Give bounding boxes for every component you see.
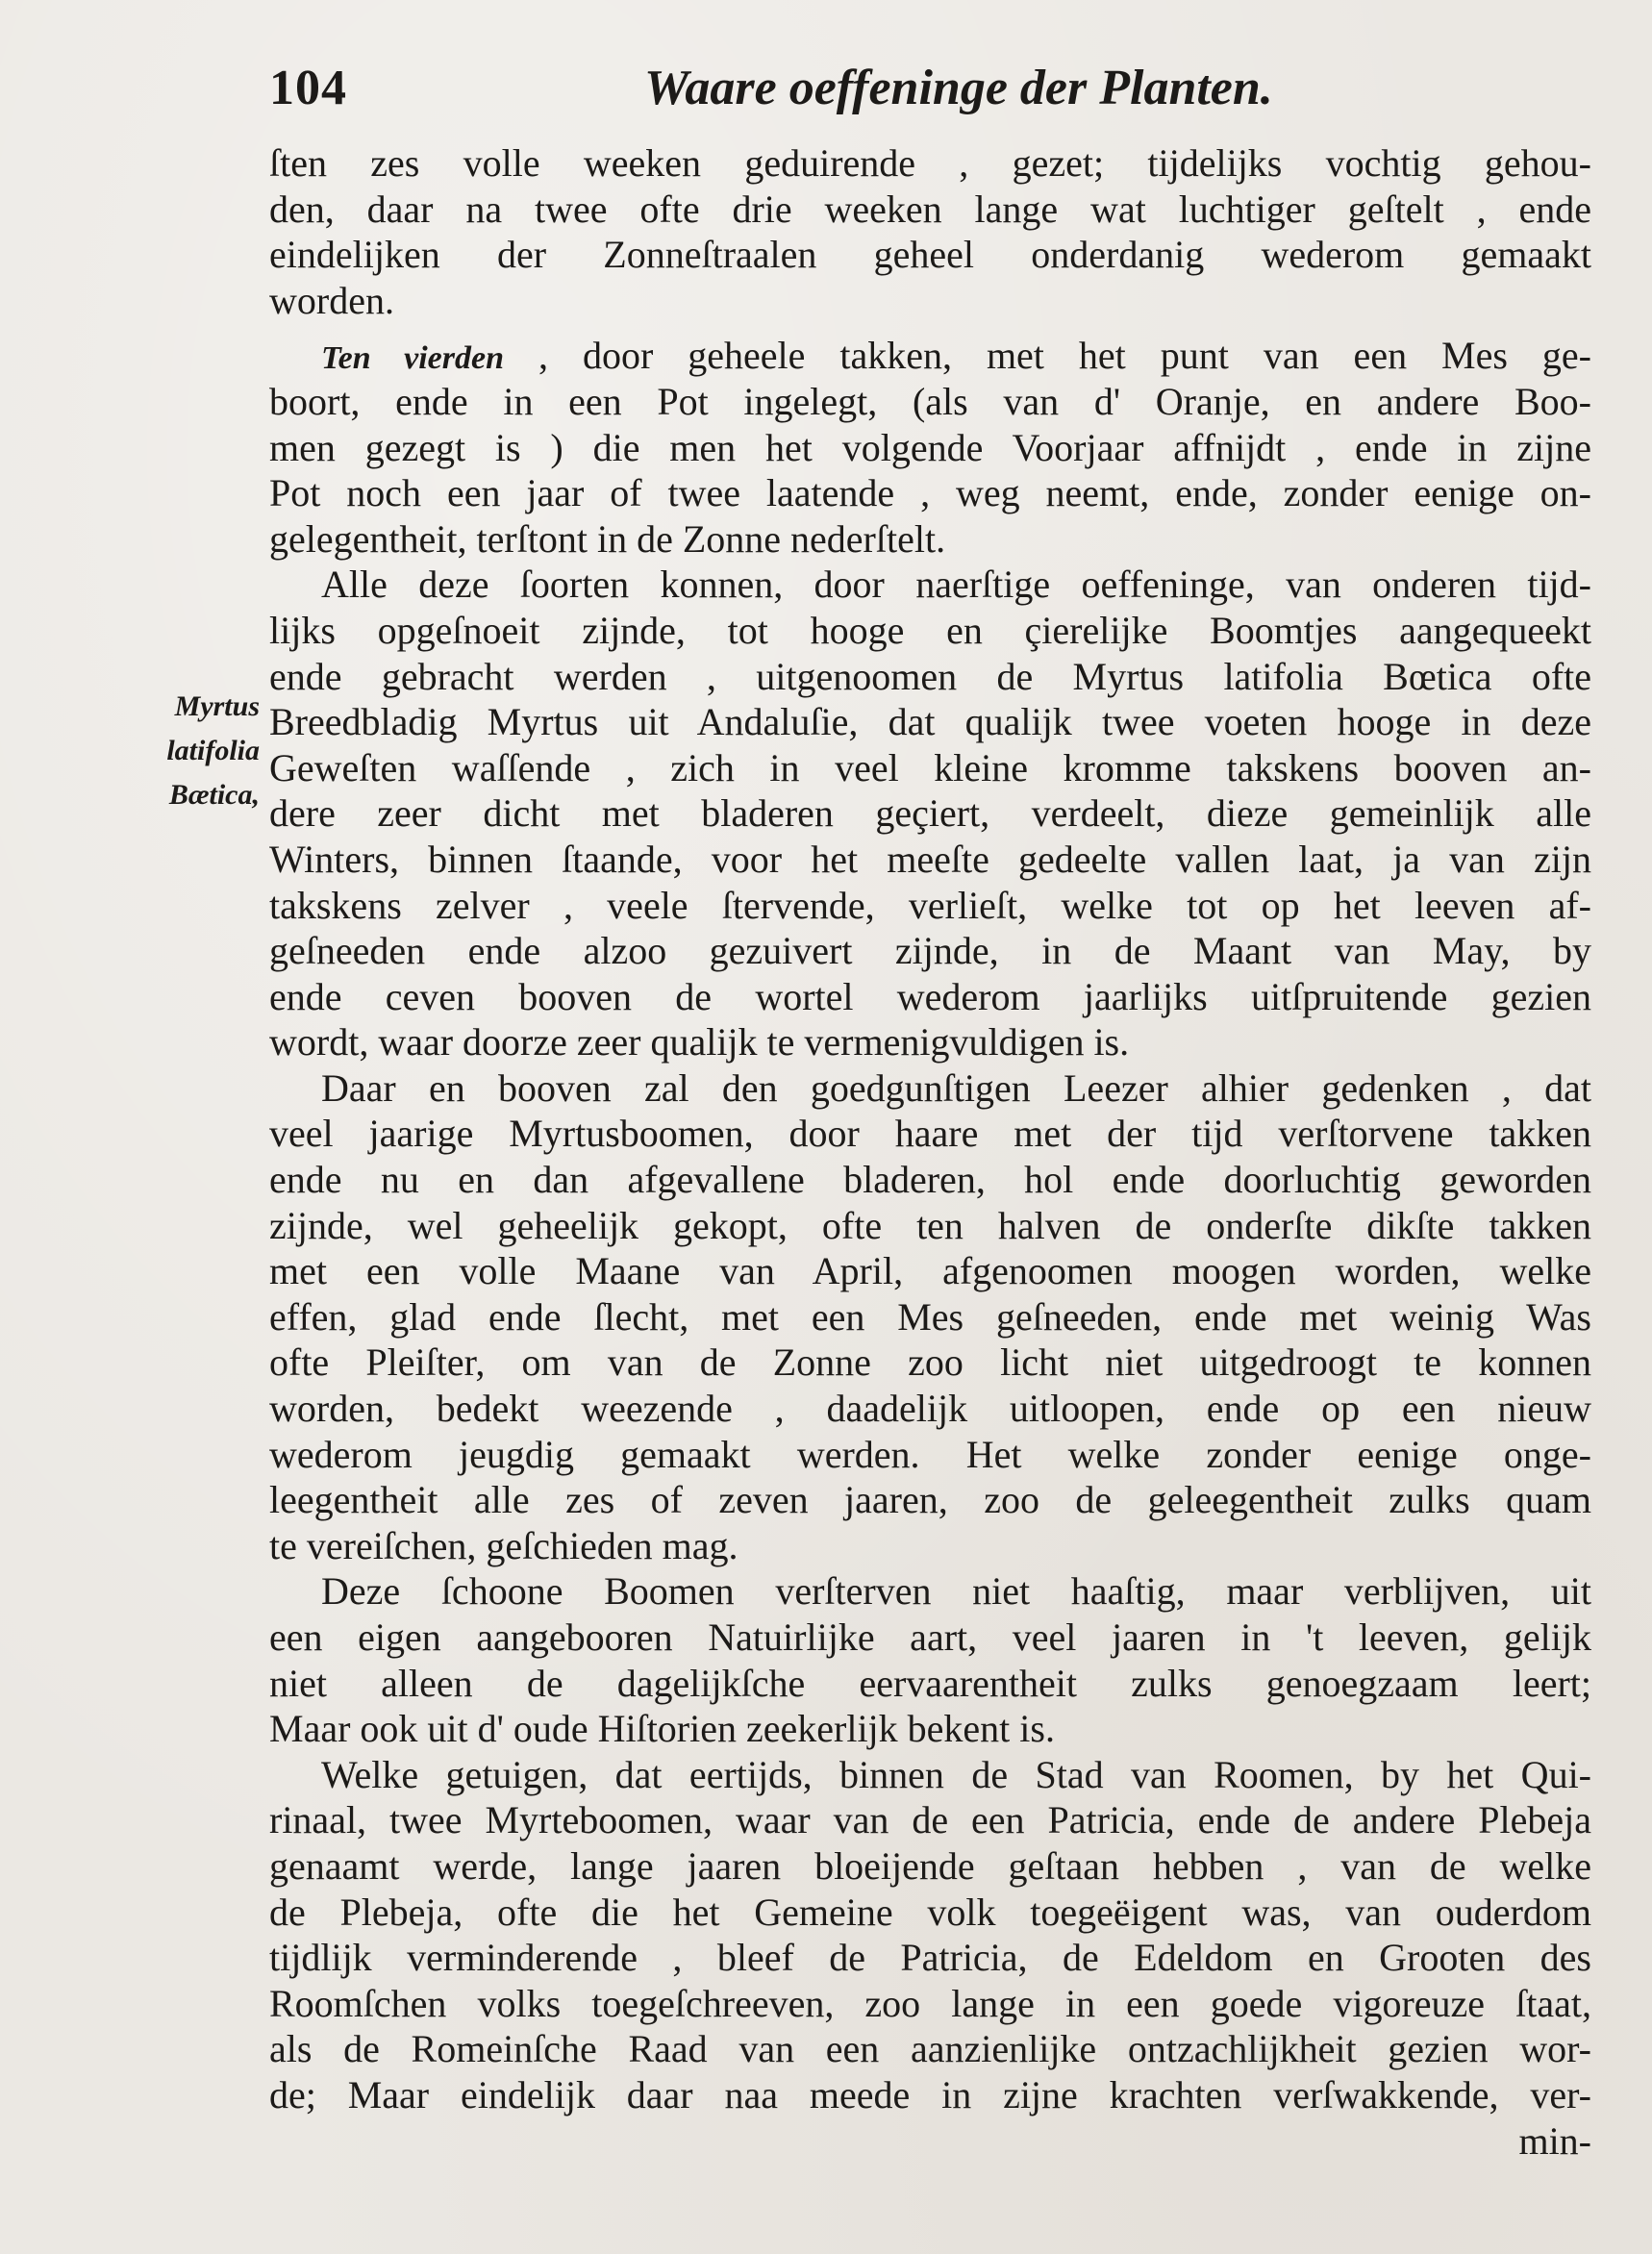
paragraph: Deze ſchoone Boomen verſterven niet haaſ… [269, 1568, 1591, 1751]
text-line: de Plebeja, ofte die het Gemeine volk to… [269, 1890, 1591, 1936]
text-line: geſneeden ende alzoo gezuivert zijnde, i… [269, 928, 1591, 974]
text-line: worden. [269, 278, 1591, 324]
paragraph: Welke getuigen, dat eertijds, binnen de … [269, 1752, 1591, 2118]
text-line: Maar ook uit d' oude Hiſtorien zeekerlij… [269, 1706, 1591, 1752]
text-line: worden, bedekt weezende , daadelijk uitl… [269, 1386, 1591, 1432]
text-line: een eigen aangebooren Natuirlijke aart, … [269, 1615, 1591, 1661]
text-line: ſten zes volle weeken geduirende , gezet… [269, 140, 1591, 187]
text-line: Pot noch een jaar of twee laatende , weg… [269, 470, 1591, 516]
text-line: ende gebracht werden , uitgenoomen de My… [269, 654, 1591, 700]
margin-note-line: latifolia [67, 729, 260, 773]
catchword: min- [269, 2118, 1591, 2165]
text-line: ofte Pleiſter, om van de Zonne zoo licht… [269, 1340, 1591, 1386]
text-line: Daar en booven zal den goedgunſtigen Lee… [269, 1065, 1591, 1112]
text-line: Breedbladig Myrtus uit Andaluſie, dat qu… [269, 699, 1591, 745]
text-line: Deze ſchoone Boomen verſterven niet haaſ… [269, 1568, 1591, 1615]
margin-note: Myrtus latifolia Bætica, [67, 685, 260, 817]
text-line: den, daar na twee ofte drie weeken lange… [269, 187, 1591, 233]
text-line: effen, glad ende ſlecht, met een Mes geſ… [269, 1294, 1591, 1340]
body-text: ſten zes volle weeken geduirende , gezet… [269, 140, 1591, 2164]
page-number: 104 [269, 60, 347, 116]
text-line: met een volle Maane van April, afgenoome… [269, 1248, 1591, 1294]
text-line: Winters, binnen ſtaande, voor het meeſte… [269, 837, 1591, 883]
text-line: leegentheit alle zes of zeven jaaren, zo… [269, 1477, 1591, 1523]
text-line: Geweſten waſſende , zich in veel kleine … [269, 745, 1591, 791]
text-line: de; Maar eindelijk daar naa meede in zij… [269, 2072, 1591, 2118]
text-line: lijks opgeſnoeit zijnde, tot hooge en çi… [269, 608, 1591, 654]
text-line: Ten vierden , door geheele takken, met h… [269, 333, 1591, 379]
text-run: , door geheele takken, met het punt van … [504, 334, 1591, 377]
text-line: boort, ende in een Pot ingelegt, (als va… [269, 379, 1591, 425]
paragraph: Daar en booven zal den goedgunſtigen Lee… [269, 1065, 1591, 1569]
text-line: te vereiſchen, geſchieden mag. [269, 1523, 1591, 1569]
text-line: tijdlijk verminderende , bleef de Patric… [269, 1935, 1591, 1981]
text-line: wordt, waar doorze zeer qualijk te verme… [269, 1019, 1591, 1065]
text-line: zijnde, wel geheelijk gekopt, ofte ten h… [269, 1203, 1591, 1249]
margin-note-line: Bætica, [67, 773, 260, 817]
paragraph: Ten vierden , door geheele takken, met h… [269, 333, 1591, 562]
text-line: rinaal, twee Myrteboomen, waar van de ee… [269, 1797, 1591, 1843]
text-line: ende ceven booven de wortel wederom jaar… [269, 974, 1591, 1020]
text-line: men gezegt is ) die men het volgende Voo… [269, 425, 1591, 471]
text-line: eindelijken der Zonneſtraalen geheel ond… [269, 232, 1591, 278]
text-line: als de Romeinſche Raad van een aanzienli… [269, 2026, 1591, 2072]
text-line: dere zeer dicht met bladeren geçiert, ve… [269, 790, 1591, 837]
text-line: wederom jeugdig gemaakt werden. Het welk… [269, 1432, 1591, 1478]
text-line: Welke getuigen, dat eertijds, binnen de … [269, 1752, 1591, 1798]
text-line: Alle deze ſoorten konnen, door naerſtige… [269, 562, 1591, 608]
text-line: genaamt werde, lange jaaren bloeijende g… [269, 1843, 1591, 1890]
italic-term: Ten vierden [321, 340, 504, 376]
text-line: niet alleen de dagelijkſche eervaarenthe… [269, 1661, 1591, 1707]
paragraph: Alle deze ſoorten konnen, door naerſtige… [269, 562, 1591, 1065]
text-line: veel jaarige Myrtusboomen, door haare me… [269, 1111, 1591, 1157]
paragraph: ſten zes volle weeken geduirende , gezet… [269, 140, 1591, 323]
page-header: 104 Waare oeffeninge der Planten. [269, 60, 1596, 127]
text-line: gelegentheit, terſtont in de Zonne neder… [269, 516, 1591, 563]
text-line: ende nu en dan afgevallene bladeren, hol… [269, 1157, 1591, 1203]
text-line: Roomſchen volks toegeſchreeven, zoo lang… [269, 1981, 1591, 2027]
text-line: takskens zelver , veele ſtervende, verli… [269, 883, 1591, 929]
running-title: Waare oeffeninge der Planten. [644, 60, 1273, 116]
margin-note-line: Myrtus [67, 685, 260, 729]
